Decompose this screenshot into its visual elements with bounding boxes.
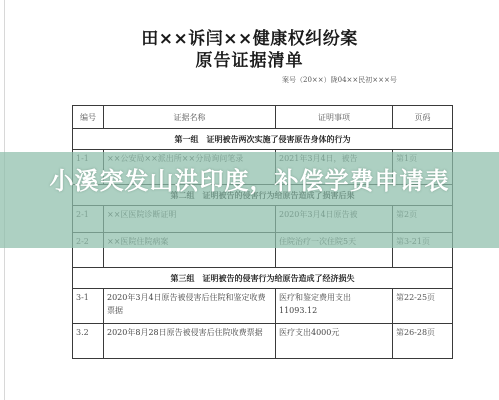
cell-proof-matter: 医疗支出4000元 [276, 324, 393, 359]
group-row: 第一组 证明被告两次实施了侵害原告身体的行为 [73, 129, 453, 150]
header-number: 编号 [73, 106, 104, 129]
header-page: 页码 [393, 106, 453, 129]
cell-page: 第22-25页 [393, 289, 453, 324]
group-3-title: 第三组 证明被告的侵害行为给原告造成了经济损失 [73, 268, 453, 289]
cell-proof-matter: 医疗和鉴定费用支出11093.12 [276, 289, 393, 324]
document-subtitle: 原告证据清单 [0, 46, 499, 71]
case-number: 案号（20××）陇04××民初×××号 [282, 75, 397, 85]
cell-number: 3.2 [73, 324, 104, 359]
header-proof-matter: 证明事项 [276, 106, 393, 129]
cell-number: 3-1 [73, 289, 104, 324]
header-evidence-name: 证据名称 [104, 106, 276, 129]
group-1-title: 第一组 证明被告两次实施了侵害原告身体的行为 [73, 129, 453, 150]
cell-evidence-name: 2020年3月4日原告被侵害后住院和鉴定收费票据 [104, 289, 276, 324]
table-header-row: 编号 证据名称 证明事项 页码 [73, 106, 453, 129]
table-row: 3.2 2020年8月28日原告被侵害后住院收费票据 医疗支出4000元 第26… [73, 324, 453, 359]
overlay-headline: 小溪突发山洪印度，补偿学费申请表 [0, 166, 499, 196]
cell-page: 第26-28页 [393, 324, 453, 359]
cell-evidence-name: 2020年8月28日原告被侵害后住院收费票据 [104, 324, 276, 359]
group-row: 第三组 证明被告的侵害行为给原告造成了经济损失 [73, 268, 453, 289]
table-row: 3-1 2020年3月4日原告被侵害后住院和鉴定收费票据 医疗和鉴定费用支出11… [73, 289, 453, 324]
